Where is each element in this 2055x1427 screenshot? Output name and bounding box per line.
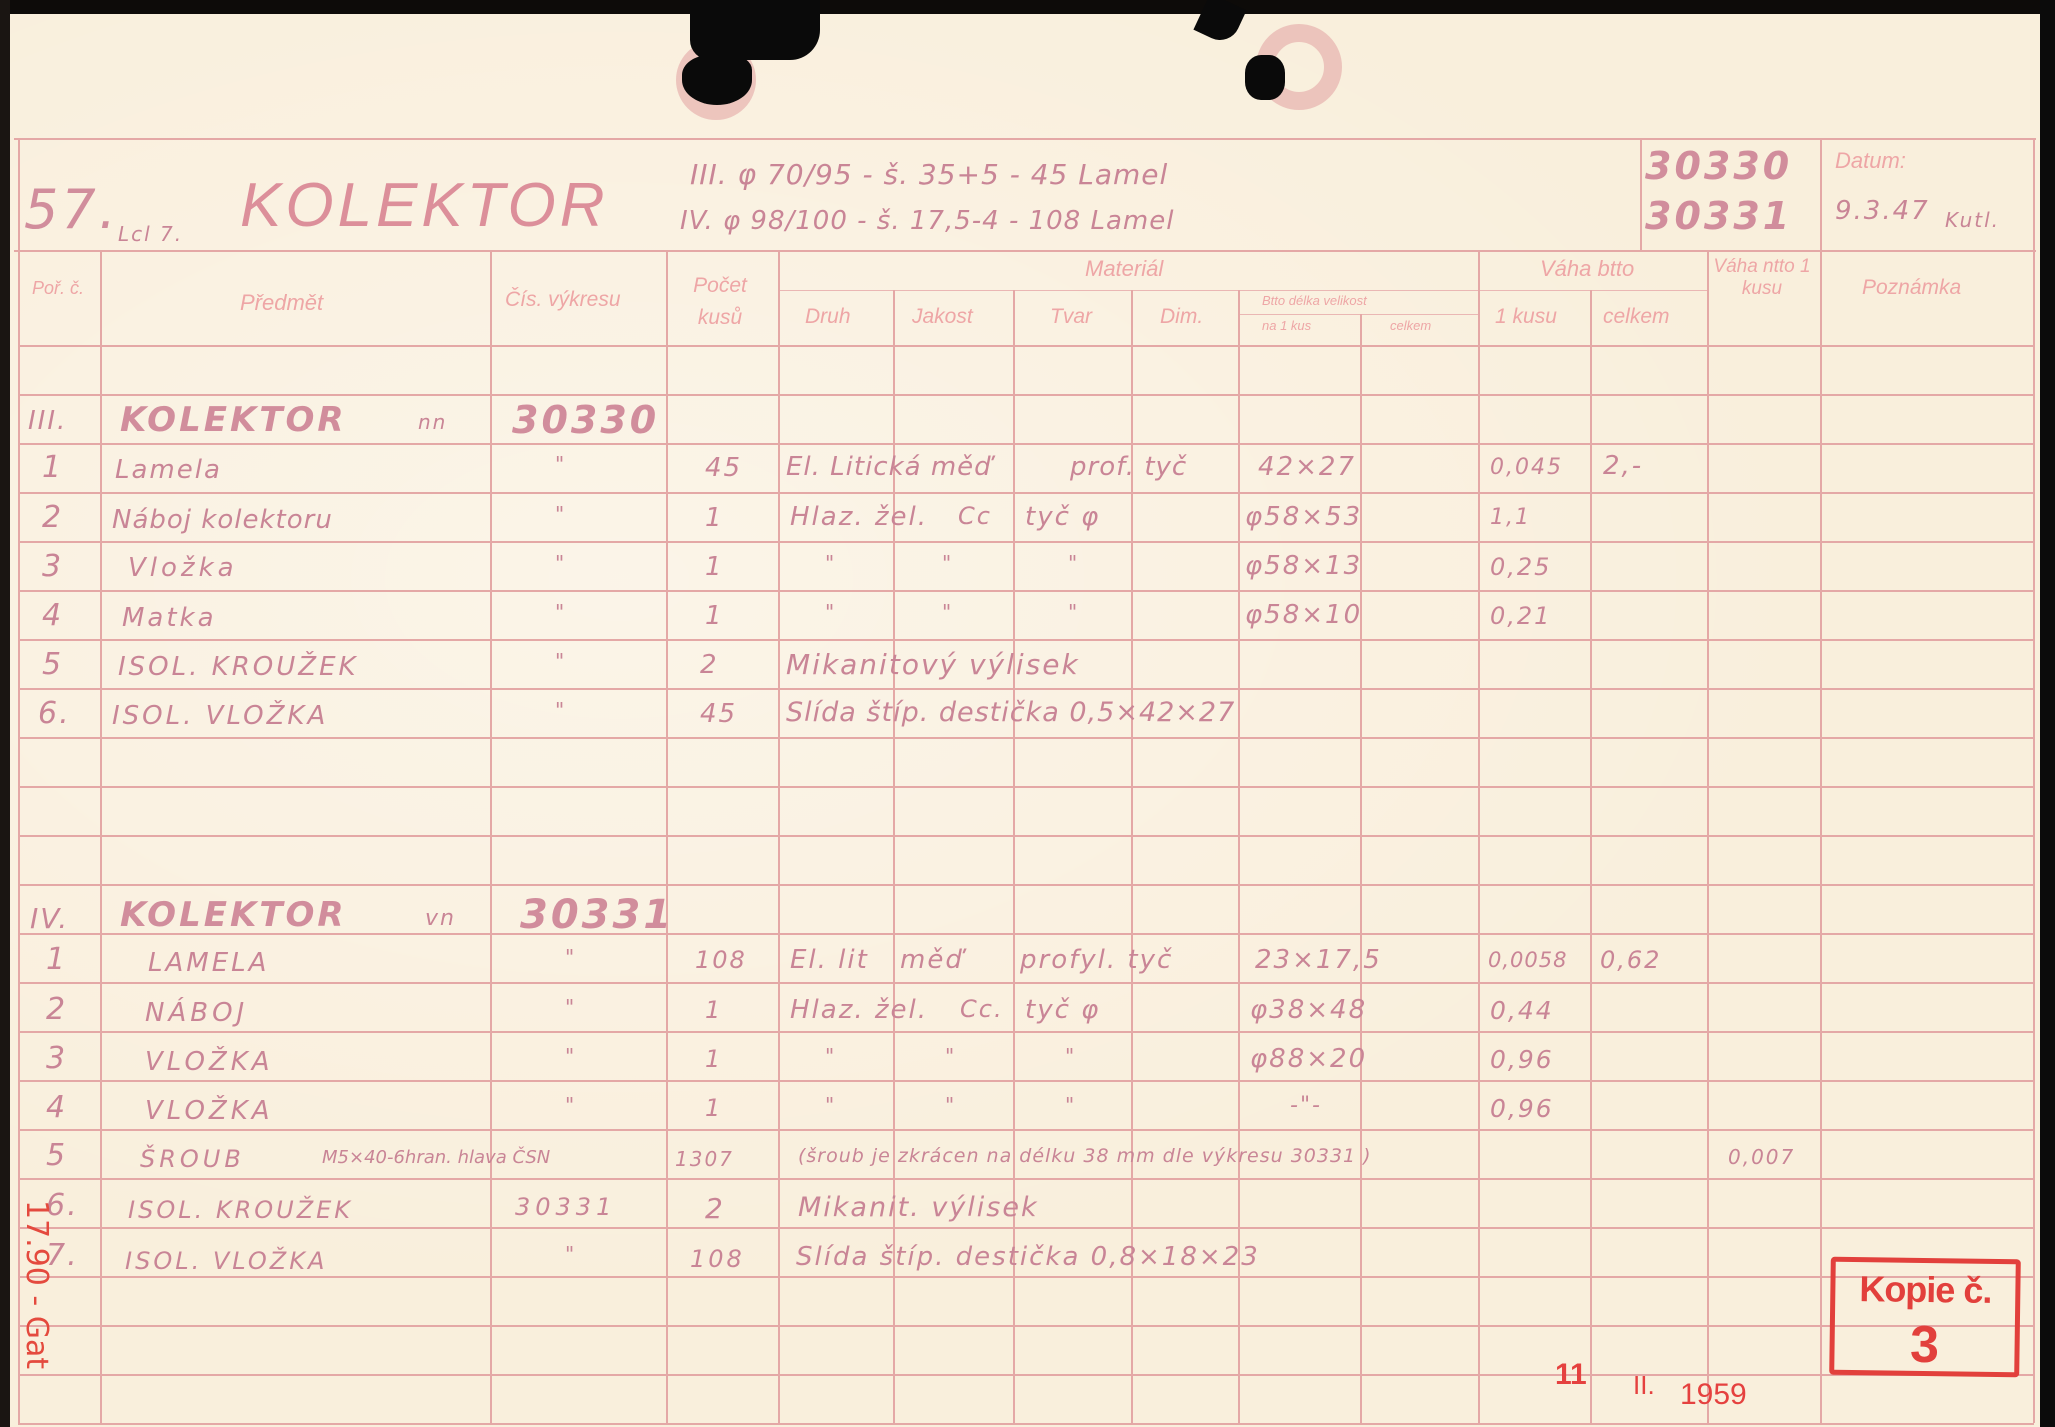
row-vaha-kusu: 0,045	[1490, 455, 1563, 480]
row-material-note: (šroub je zkrácen na délku 38 mm dle výk…	[798, 1145, 1372, 1167]
drawing-number-iv: 30331	[1645, 194, 1792, 238]
row-predmet: ISOL. KROUŽEK	[118, 652, 359, 682]
row-jakost: Cc	[958, 502, 992, 530]
rule-material-sub	[778, 290, 1478, 291]
row-jakost: Cc.	[960, 995, 1004, 1023]
row-vykres: "	[565, 1242, 576, 1266]
row-material-note: Slída štíp. destička 0,8×18×23	[796, 1242, 1260, 1272]
tear-left-bottom	[682, 55, 752, 105]
row-druh: Hlaz. žel.	[790, 502, 928, 532]
row-rule	[18, 1374, 2034, 1376]
row-predmet: LAMELA	[148, 948, 269, 978]
row-vaha-kusu: 1,1	[1490, 505, 1531, 530]
col-header-btto: Btto délka velikost	[1262, 293, 1367, 308]
row-rule	[18, 590, 2034, 592]
col-header-por: Poř. č.	[28, 278, 88, 299]
row-vykres: "	[565, 1093, 576, 1117]
scan-border-left	[0, 0, 10, 1427]
tear-right-blob	[1245, 55, 1285, 100]
section-name: KOLEKTOR	[120, 400, 347, 440]
row-na-kus: 23×17,5	[1255, 945, 1382, 975]
rule-right-edge	[2033, 138, 2035, 1423]
row-rule	[18, 541, 2034, 543]
row-na-kus: φ58×53	[1245, 502, 1362, 532]
row-pocet: 1	[705, 1045, 722, 1073]
row-vaha-kusu: 0,0058	[1488, 948, 1567, 972]
scan-border-right	[2040, 0, 2055, 1427]
row-na-kus: φ58×10	[1245, 600, 1362, 630]
row-pocet: 1	[705, 996, 722, 1024]
row-no: 3	[42, 549, 63, 584]
row-predmet: Matka	[122, 603, 217, 633]
row-tvar: "	[1065, 1044, 1076, 1068]
row-no: 1	[46, 942, 67, 977]
row-na-kus: φ88×20	[1250, 1044, 1367, 1074]
column-rule	[100, 250, 102, 1423]
row-rule	[18, 1080, 2034, 1082]
rule-title-date	[1820, 138, 1822, 250]
row-na-kus: 42×27	[1258, 452, 1356, 482]
row-druh: "	[825, 1093, 836, 1117]
col-header-btto-na-kus: na 1 kus	[1262, 318, 1311, 333]
row-vykres: "	[555, 649, 566, 673]
col-header-druh: Druh	[805, 305, 851, 329]
column-rule	[1590, 290, 1592, 1423]
row-no: 4	[46, 1090, 67, 1125]
row-vykres: "	[565, 945, 576, 969]
row-tvar: "	[1065, 1093, 1076, 1117]
row-vaha-kusu: 0,96	[1490, 1094, 1554, 1123]
row-rule	[18, 345, 2034, 347]
row-predmet: VLOŽKA	[145, 1096, 274, 1126]
row-tvar: "	[1068, 600, 1079, 624]
row-rule	[18, 884, 2034, 886]
row-vaha-ntto: 0,007	[1728, 1145, 1795, 1169]
row-tvar: "	[1068, 551, 1079, 575]
date-stamp-month: II.	[1633, 1370, 1655, 1401]
spec-line-iv: IV. φ 98/100 - š. 17,5-4 - 108 Lamel	[680, 206, 1174, 236]
row-druh: Hlaz. žel.	[790, 995, 928, 1025]
row-pocet: 1	[705, 601, 724, 631]
scan-border-top	[0, 0, 2055, 14]
row-pocet: 1	[705, 552, 724, 582]
row-vaha-kusu: 0,25	[1490, 553, 1551, 581]
row-pocet: 108	[695, 946, 747, 974]
row-pocet: 1	[705, 1094, 722, 1122]
row-rule	[18, 1423, 2034, 1425]
rule-top	[14, 138, 2036, 140]
section-label: IV.	[30, 902, 69, 935]
row-no: 5	[42, 647, 63, 682]
row-predmet-note: M5×40-6hran. hlava ČSN	[322, 1147, 550, 1168]
spec-line-iii: III. φ 70/95 - š. 35+5 - 45 Lamel	[690, 158, 1168, 191]
col-header-jakost: Jakost	[912, 305, 973, 329]
row-vykres: "	[555, 551, 566, 575]
date-value: 9.3.47	[1835, 196, 1930, 226]
row-vykres: 30331	[515, 1193, 616, 1221]
rule-title-bottom	[14, 250, 2036, 252]
signature: Kutl.	[1945, 208, 2000, 232]
section-drawing: 30331	[520, 892, 674, 938]
date-stamp-day: 11	[1555, 1358, 1587, 1392]
row-rule	[18, 1276, 2034, 1278]
row-pocet: 1	[705, 503, 724, 533]
section-name: KOLEKTOR	[120, 895, 347, 935]
row-druh: El. Litická měď	[786, 452, 992, 482]
row-predmet: Lamela	[115, 455, 222, 485]
section-suffix: vn	[425, 906, 456, 931]
row-tvar: prof. tyč	[1070, 452, 1187, 482]
row-tvar: tyč φ	[1025, 502, 1100, 532]
column-rule	[778, 250, 780, 1423]
row-predmet: Náboj kolektoru	[112, 505, 333, 535]
row-jakost: "	[945, 1044, 956, 1068]
col-header-material: Materiál	[1085, 256, 1163, 282]
row-vykres: "	[555, 600, 566, 624]
col-header-dim: Dim.	[1160, 305, 1203, 329]
row-rule	[18, 1129, 2034, 1131]
col-header-predmet: Předmět	[240, 290, 323, 316]
section-label: III.	[28, 406, 67, 436]
date-stamp-year: 1959	[1680, 1378, 1747, 1412]
col-header-poznamka: Poznámka	[1862, 276, 1961, 300]
row-rule	[18, 737, 2034, 739]
row-na-kus: -"-	[1290, 1093, 1322, 1118]
margin-note: 17.90 - Gat	[19, 1200, 54, 1369]
row-rule	[18, 1325, 2034, 1327]
copy-stamp-label: Kopie č.	[1835, 1268, 2016, 1313]
row-druh: "	[825, 600, 836, 624]
drawing-number-iii: 30330	[1645, 144, 1792, 188]
row-no: 3	[46, 1041, 67, 1076]
col-header-btto-celkem: celkem	[1390, 318, 1431, 333]
row-pocet: 108	[690, 1245, 745, 1273]
rule-title-numbers	[1640, 138, 1642, 250]
row-pocet: 45	[700, 699, 737, 729]
row-no: 5	[46, 1138, 67, 1173]
row-rule	[18, 1031, 2034, 1033]
row-rule	[18, 786, 2034, 788]
column-rule	[1478, 250, 1480, 1423]
row-na-kus: φ58×13	[1245, 551, 1362, 581]
row-vaha-kusu: 0,96	[1490, 1045, 1554, 1074]
tear-left	[690, 0, 820, 60]
row-tvar: tyč φ	[1025, 995, 1100, 1025]
column-rule	[1707, 250, 1709, 1423]
row-no: 1	[42, 450, 63, 485]
row-predmet: NÁBOJ	[145, 998, 248, 1028]
col-header-vaha: Váha btto	[1540, 256, 1634, 282]
sheet-note: Lcl 7.	[118, 222, 183, 246]
row-rule	[18, 492, 2034, 494]
column-rule	[666, 250, 668, 1423]
row-vykres: "	[565, 995, 576, 1019]
row-vykres: "	[555, 452, 566, 476]
row-rule	[18, 835, 2034, 837]
row-no: 2	[46, 992, 67, 1027]
section-drawing: 30330	[512, 398, 659, 442]
copy-stamp-number: 3	[1834, 1314, 2015, 1377]
row-jakost: "	[942, 551, 953, 575]
row-pocet: 45	[705, 453, 742, 483]
row-vykres: "	[555, 698, 566, 722]
row-druh: El. lit	[790, 945, 869, 975]
row-vaha-kusu: 0,21	[1490, 602, 1551, 630]
row-rule	[18, 1227, 2034, 1229]
column-rule	[490, 250, 492, 1423]
row-druh: "	[825, 1044, 836, 1068]
row-material-note: Mikanitový výlisek	[786, 648, 1080, 681]
row-druh: "	[825, 551, 836, 575]
row-rule	[18, 1178, 2034, 1180]
sheet-number: 57.	[24, 178, 119, 241]
row-rule	[18, 639, 2034, 641]
row-predmet: ISOL. VLOŽKA	[125, 1247, 327, 1275]
copy-stamp: Kopie č. 3	[1829, 1257, 2021, 1378]
row-vykres: "	[565, 1044, 576, 1068]
column-rule	[1360, 314, 1362, 1423]
row-vaha-celkem: 2,-	[1603, 451, 1643, 481]
row-rule	[18, 688, 2034, 690]
row-jakost: "	[945, 1093, 956, 1117]
row-material-note: Mikanit. výlisek	[798, 1192, 1039, 1223]
col-header-cis-vykresu: Čís. výkresu	[505, 288, 621, 312]
row-predmet: Vložka	[128, 553, 238, 583]
row-na-kus: φ38×48	[1250, 995, 1367, 1025]
row-vykres: "	[555, 502, 566, 526]
column-rule	[1820, 250, 1822, 1423]
row-pocet: 2	[705, 1192, 725, 1225]
rule-vaha-sub	[1478, 290, 1707, 291]
row-no: 2	[42, 500, 63, 535]
row-pocet: 1307	[675, 1147, 734, 1171]
col-header-vaha-kusu: 1 kusu	[1495, 305, 1557, 329]
row-tvar: profyl. tyč	[1020, 945, 1173, 975]
row-predmet: ISOL. VLOŽKA	[112, 701, 328, 731]
col-header-vaha-celkem: celkem	[1603, 305, 1670, 329]
row-jakost: "	[942, 600, 953, 624]
row-pocet: 2	[700, 650, 719, 680]
row-jakost: měď	[900, 945, 964, 975]
row-rule	[18, 982, 2034, 984]
row-predmet: ISOL. KROUŽEK	[128, 1196, 353, 1224]
section-suffix: nn	[418, 410, 447, 434]
row-rule	[18, 443, 2034, 445]
row-rule	[18, 394, 2034, 396]
row-predmet: ŠROUB	[140, 1145, 245, 1173]
col-header-pocet: Počet kusů	[680, 270, 760, 334]
row-vaha-kusu: 0,44	[1490, 996, 1554, 1025]
row-predmet: VLOŽKA	[145, 1047, 274, 1077]
rule-btto-sub	[1238, 314, 1478, 315]
col-header-tvar: Tvar	[1050, 305, 1092, 329]
row-material-note: Slída štíp. destička 0,5×42×27	[786, 697, 1235, 728]
date-label: Datum:	[1835, 148, 1906, 174]
row-no: 4	[42, 598, 63, 633]
row-vaha-celkem: 0,62	[1600, 946, 1661, 974]
form-title: KOLEKTOR	[240, 170, 609, 241]
row-no: 6.	[38, 696, 71, 731]
col-header-vaha-ntto: Váha ntto 1 kusu	[1712, 256, 1812, 300]
